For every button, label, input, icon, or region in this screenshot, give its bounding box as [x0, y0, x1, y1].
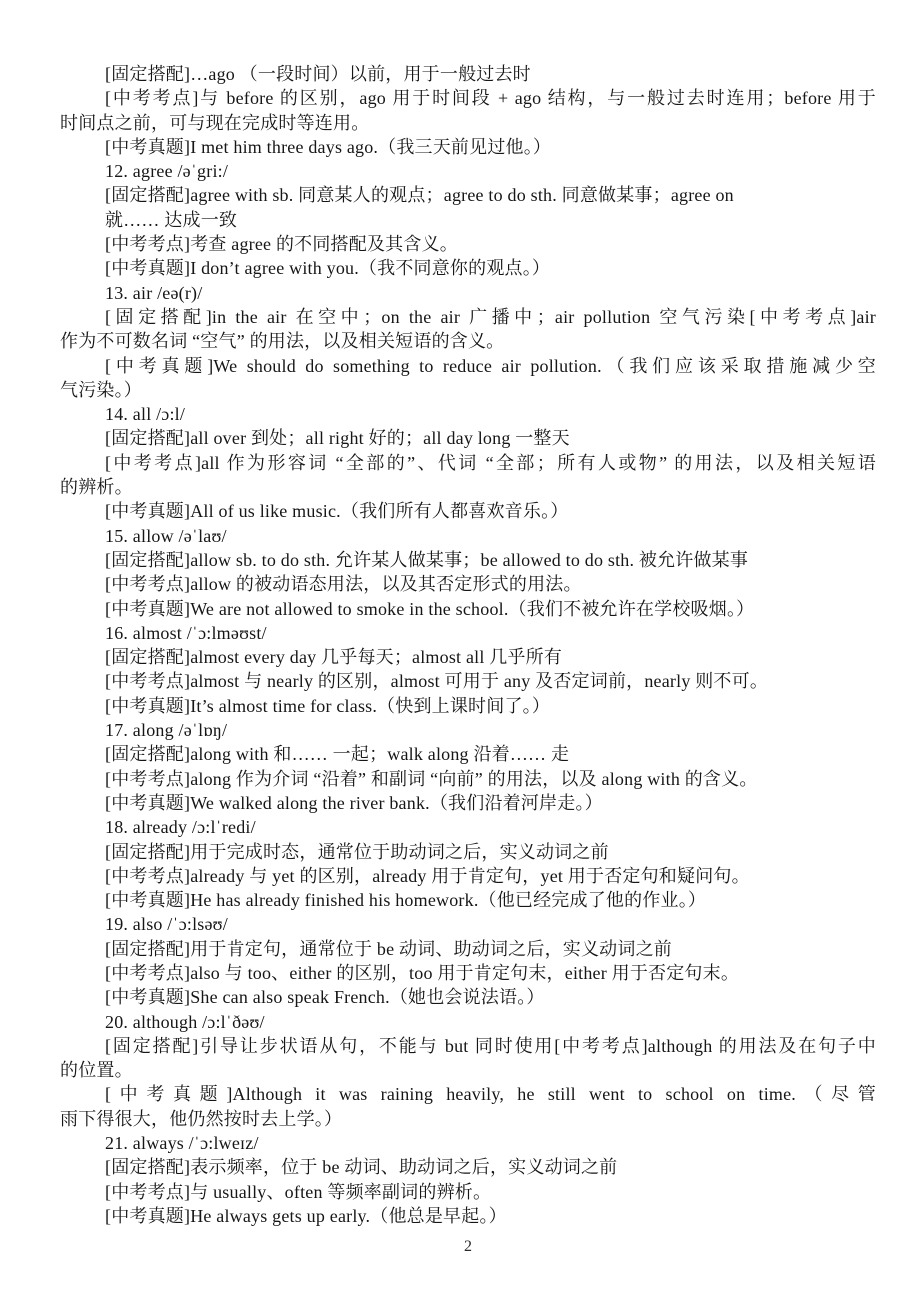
document-line-headword: 18. already /ɔ:lˈredi/	[60, 815, 876, 839]
document-page: [固定搭配]…ago （一段时间）以前，用于一般过去时[中考考点]与 befor…	[0, 0, 920, 1302]
document-line-headword: 20. although /ɔ:lˈðəʊ/	[60, 1010, 876, 1034]
document-line-collocation: [固定搭配]along with 和…… 一起；walk along 沿着…… …	[60, 742, 876, 766]
document-line-exam-point: [中考考点]all 作为形容词 “全部的”、代词 “全部；所有人或物” 的用法，…	[60, 451, 876, 475]
document-line-headword: 16. almost /ˈɔ:lməʊst/	[60, 621, 876, 645]
document-body: [固定搭配]…ago （一段时间）以前，用于一般过去时[中考考点]与 befor…	[60, 62, 876, 1228]
document-line-exam-point: [中考考点]allow 的被动语态用法，以及其否定形式的用法。	[60, 572, 876, 596]
document-line-continuation: 就…… 达成一致	[60, 208, 876, 232]
document-line-continuation: 雨下得很大，他仍然按时去上学。）	[60, 1107, 876, 1131]
document-line-collocation: [固定搭配]agree with sb. 同意某人的观点；agree to do…	[60, 183, 876, 207]
document-line-exam-question: [中考真题]We should do something to reduce a…	[60, 354, 876, 378]
document-line-exam-question: [中考真题]All of us like music.（我们所有人都喜欢音乐。）	[60, 499, 876, 523]
document-line-headword: 14. all /ɔ:l/	[60, 402, 876, 426]
document-line-collocation: [固定搭配]in the air 在空中；on the air 广播中；air …	[60, 305, 876, 329]
document-line-headword: 12. agree /əˈgri:/	[60, 159, 876, 183]
document-line-collocation: [固定搭配]almost every day 几乎每天；almost all 几…	[60, 645, 876, 669]
document-line-exam-point: [中考考点]考查 agree 的不同搭配及其含义。	[60, 232, 876, 256]
document-line-headword: 13. air /eə(r)/	[60, 281, 876, 305]
document-line-continuation: 时间点之前，可与现在完成时等连用。	[60, 111, 876, 135]
document-line-exam-question: [中考真题]I met him three days ago.（我三天前见过他。…	[60, 135, 876, 159]
document-line-exam-question: [中考真题]He always gets up early.（他总是早起。）	[60, 1204, 876, 1228]
document-line-exam-point: [中考考点]also 与 too、either 的区别，too 用于肯定句末，e…	[60, 961, 876, 985]
document-line-exam-question: [中考真题]Although it was raining heavily, h…	[60, 1082, 876, 1106]
document-line-collocation: [固定搭配]allow sb. to do sth. 允许某人做某事；be al…	[60, 548, 876, 572]
document-line-exam-question: [中考真题]It’s almost time for class.（快到上课时间…	[60, 694, 876, 718]
document-line-exam-question: [中考真题]We walked along the river bank.（我们…	[60, 791, 876, 815]
document-line-headword: 17. along /əˈlɒŋ/	[60, 718, 876, 742]
document-line-exam-point: [中考考点]already 与 yet 的区别，already 用于肯定句，ye…	[60, 864, 876, 888]
document-line-collocation: [固定搭配]表示频率，位于 be 动词、助动词之后，实义动词之前	[60, 1155, 876, 1179]
document-line-headword: 19. also /ˈɔ:lsəʊ/	[60, 912, 876, 936]
document-line-exam-question: [中考真题]We are not allowed to smoke in the…	[60, 597, 876, 621]
document-line-exam-point: [中考考点]almost 与 nearly 的区别，almost 可用于 any…	[60, 669, 876, 693]
document-line-headword: 15. allow /əˈlaʊ/	[60, 524, 876, 548]
document-line-exam-question: [中考真题]I don’t agree with you.（我不同意你的观点。）	[60, 256, 876, 280]
document-line-collocation: [固定搭配]…ago （一段时间）以前，用于一般过去时	[60, 62, 876, 86]
document-line-continuation: 的辨析。	[60, 475, 876, 499]
document-line-collocation: [固定搭配]用于肯定句，通常位于 be 动词、助动词之后，实义动词之前	[60, 937, 876, 961]
document-line-collocation: [固定搭配]引导让步状语从句，不能与 but 同时使用[中考考点]althoug…	[60, 1034, 876, 1058]
document-line-exam-question: [中考真题]He has already finished his homewo…	[60, 888, 876, 912]
document-line-collocation: [固定搭配]用于完成时态，通常位于助动词之后，实义动词之前	[60, 840, 876, 864]
document-line-exam-point: [中考考点]along 作为介词 “沿着” 和副词 “向前” 的用法，以及 al…	[60, 767, 876, 791]
document-line-exam-question: [中考真题]She can also speak French.（她也会说法语。…	[60, 985, 876, 1009]
document-line-collocation: [固定搭配]all over 到处；all right 好的；all day l…	[60, 426, 876, 450]
document-line-headword: 21. always /ˈɔ:lweɪz/	[60, 1131, 876, 1155]
document-line-continuation: 的位置。	[60, 1058, 876, 1082]
document-line-exam-point: [中考考点]与 before 的区别，ago 用于时间段 + ago 结构，与一…	[60, 86, 876, 110]
document-line-exam-point: [中考考点]与 usually、often 等频率副词的辨析。	[60, 1180, 876, 1204]
document-line-continuation: 作为不可数名词 “空气” 的用法，以及相关短语的含义。	[60, 329, 876, 353]
page-number: 2	[60, 1237, 876, 1257]
document-line-continuation: 气污染。）	[60, 378, 876, 402]
